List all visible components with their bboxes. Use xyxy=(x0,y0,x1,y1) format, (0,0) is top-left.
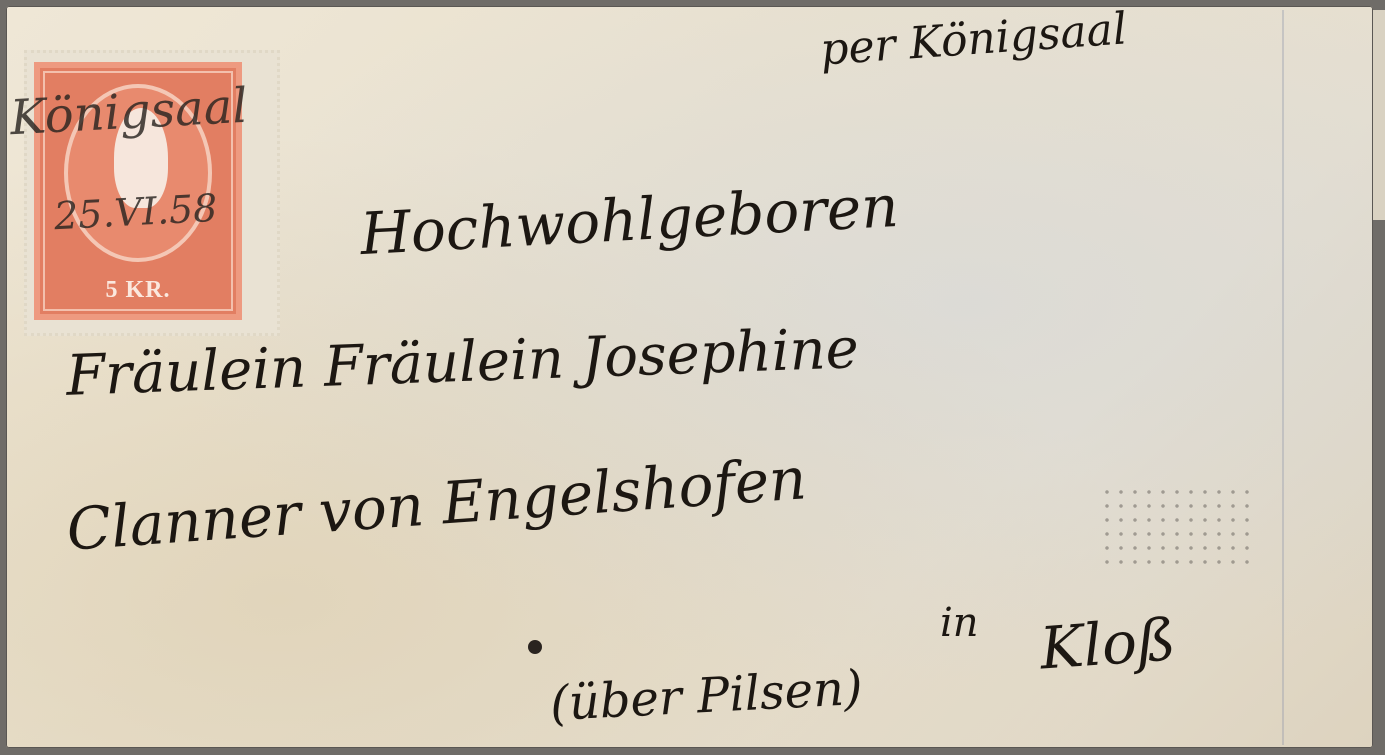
preposition-in: in xyxy=(940,600,979,646)
paper-edge xyxy=(1373,10,1385,220)
faint-dotted-cancel xyxy=(1100,485,1250,565)
fold-line xyxy=(1282,10,1284,745)
ink-blot xyxy=(528,640,542,654)
stamp-value: 5 KR. xyxy=(34,277,242,304)
postmark-date: 25.VI.58 xyxy=(53,186,218,238)
destination-line: Kloß xyxy=(1038,605,1178,682)
